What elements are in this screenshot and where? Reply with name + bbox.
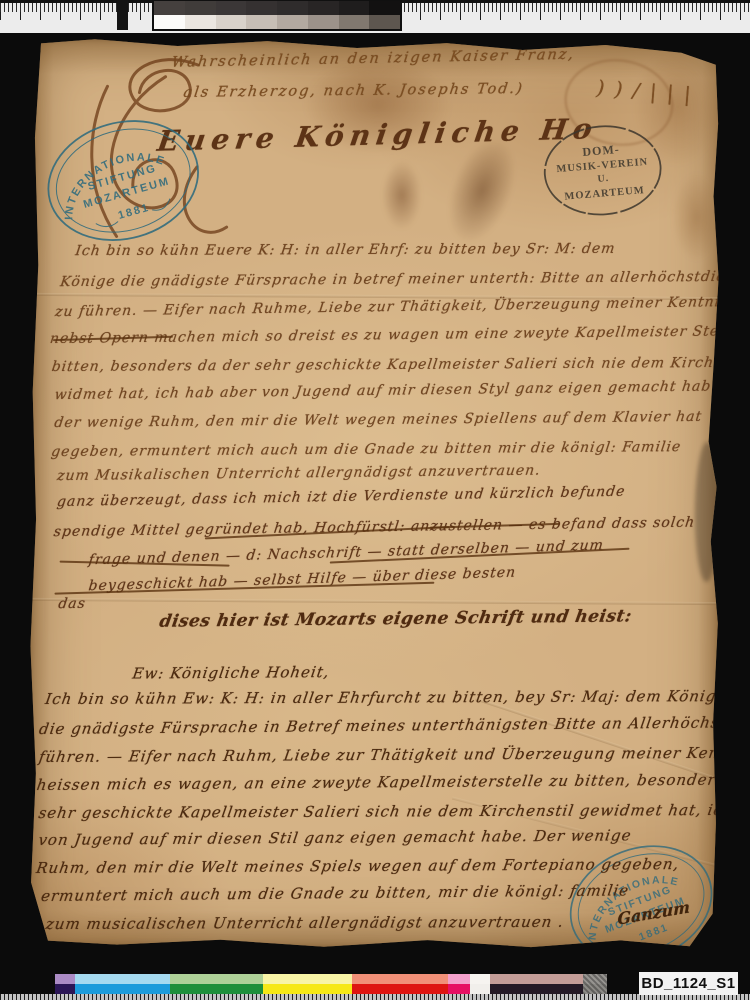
manuscript-scan: INTERNATIONALE STIFTUNG MOZARTEUM 1881 D… (0, 0, 750, 1000)
grayscale-wedge (154, 1, 400, 29)
stamp-year: 1881 (117, 202, 152, 222)
draft-line: der wenige Ruhm, den mir die Welt wegen … (53, 409, 703, 431)
manuscript-paper: INTERNATIONALE STIFTUNG MOZARTEUM 1881 D… (27, 38, 723, 950)
stamp-year: 1881 (638, 922, 671, 943)
transcription-line: sehr geschickte Kapellmeister Salieri si… (37, 801, 722, 822)
ink-smudge (671, 172, 722, 262)
revision-line: ganz überzeugt, dass ich mich izt die Ve… (56, 484, 626, 510)
attribution-note: dises hier ist Mozarts eigene Schrift un… (158, 606, 633, 631)
ruler-gap (117, 0, 128, 30)
color-swatch-yellow (263, 974, 352, 994)
revision-line: spendige Mittel gegründet hab, Hochfürst… (53, 515, 696, 541)
draft-line: gegeben, ermuntert mich auch um die Gnad… (50, 439, 682, 460)
color-swatch-white (470, 974, 490, 994)
color-swatch-gray (583, 974, 607, 994)
shelfmark-label: BD_1124_S1 (639, 972, 738, 995)
transcription-line: von Jugend auf mir diesen Stil ganz eige… (37, 826, 633, 849)
transcription-line: ermuntert mich auch um die Gnade zu bitt… (40, 881, 631, 905)
transcription-line: Ew: Königliche Hoheit, (131, 663, 331, 683)
annotation-line: als Erzherzog, nach K. Josephs Tod.) (182, 81, 524, 101)
dom-musikverein-stamp: DOM- MUSIK-VEREIN U. MOZARTEUM (534, 113, 673, 234)
wedge-step (216, 1, 247, 29)
edge-tear-shadow (694, 442, 719, 582)
draft-line: bitten, besonders da der sehr geschickte… (51, 354, 723, 375)
draft-line: Könige die gnädigste Fürsprache in betre… (59, 268, 723, 290)
draft-line: zum Musikalischen Unterricht allergnädig… (56, 463, 542, 485)
transcription-line: heissen mich es wagen, an eine zweyte Ka… (36, 770, 723, 794)
transcription-line: Ich bin so kühn Ew: K: H: in aller Ehrfu… (44, 687, 723, 708)
wedge-step (277, 1, 308, 29)
scan-ruler-bottom (0, 994, 750, 1000)
color-swatch-mauve (490, 974, 583, 994)
wedge-step (369, 1, 400, 29)
stamp-line: MOZARTEUM (564, 185, 645, 202)
stamp-line: U. (597, 173, 610, 185)
color-swatch-green (170, 974, 263, 994)
color-swatch-cyan (75, 974, 170, 994)
wedge-step (308, 1, 339, 29)
draft-line: nebst Opern machen mich so dreist es zu … (49, 323, 723, 347)
paper-crease (29, 598, 719, 605)
ink-smudge (382, 160, 422, 230)
revision-line: das (57, 596, 87, 612)
wedge-step (154, 1, 185, 29)
color-calibration-bar (55, 974, 607, 994)
wedge-step (339, 1, 370, 29)
stamp-line: MUSIK-VEREIN (556, 157, 649, 175)
draft-line: widmet hat, ich hab aber von Jugend auf … (54, 378, 718, 403)
transcription-line: zum musicalischen Unterricht allergnädig… (45, 913, 566, 933)
transcription-line: führen. — Eifer nach Ruhm, Liebe zur Thä… (38, 743, 723, 765)
stamp-line: DOM- (582, 142, 620, 159)
color-swatch-magenta (448, 974, 470, 994)
wedge-step (246, 1, 277, 29)
draft-line: Ich bin so kühn Euere K: H: in aller Ehr… (74, 241, 616, 259)
transcription-line: die gnädigste Fürsprache in Betref meine… (38, 712, 723, 738)
color-swatch-violet (55, 974, 75, 994)
wedge-step (185, 1, 216, 29)
color-swatch-red (352, 974, 448, 994)
